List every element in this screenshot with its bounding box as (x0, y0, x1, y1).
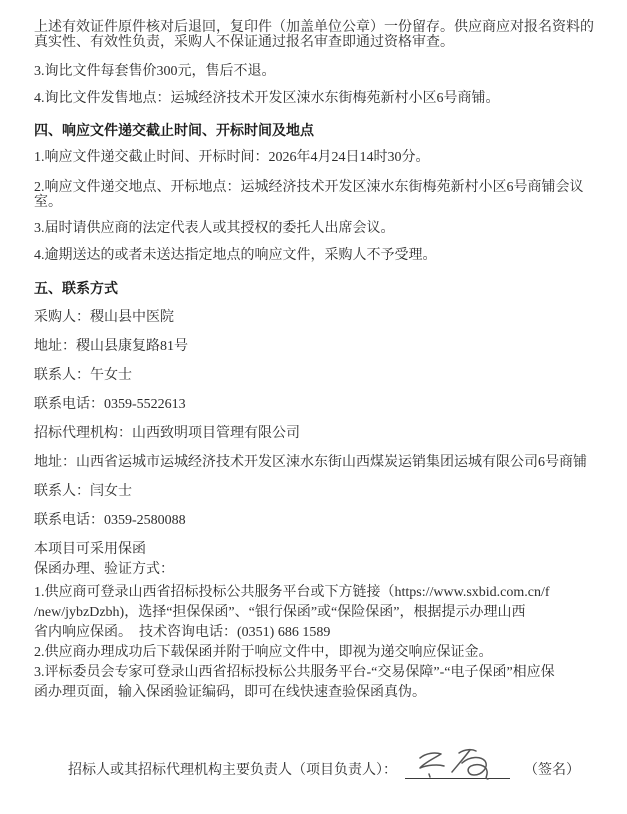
guarantee-line: /new/jybzDzbh)，选择“担保保函”、“银行保函”或“保险保函”，根据… (34, 603, 607, 623)
signature-suffix: （签名） (524, 761, 580, 781)
guarantee-instructions: 1.供应商可登录山西省招标投标公共服务平台或下方链接（https://www.s… (34, 583, 607, 703)
late-delivery-item: 4.逾期送达的或者未送达指定地点的响应文件，采购人不予受理。 (34, 248, 607, 263)
guarantee-line: 3.评标委员会专家可登录山西省招标投标公共服务平台-“交易保障”-“电子保函”相… (34, 663, 607, 683)
intro-paragraph: 上述有效证件原件核对后退回，复印件（加盖单位公章）一份留存。供应商应对报名资料的… (34, 20, 607, 50)
text-line: 室。 (34, 195, 607, 210)
attendance-item: 3.届时请供应商的法定代表人或其授权的委托人出席会议。 (34, 221, 607, 236)
text-line: 上述有效证件原件核对后退回，复印件（加盖单位公章）一份留存。供应商应对报名资料的 (34, 20, 607, 35)
doc-sale-location-item: 4.询比文件发售地点：运城经济技术开发区涑水东街梅苑新村小区6号商铺。 (34, 91, 607, 106)
signature-label: 招标人或其招标代理机构主要负责人（项目负责人）： (68, 761, 397, 781)
contact-row-agency-phone: 联系电话：0359-2580088 (34, 513, 607, 528)
guarantee-line: 函办理页面，输入保函验证编码，即可在线快速查验保函真伪。 (34, 683, 607, 703)
guarantee-line: 1.供应商可登录山西省招标投标公共服务平台或下方链接（https://www.s… (34, 583, 607, 603)
guarantee-line: 2.供应商办理成功后下载保函并附于响应文件中，即视为递交响应保证金。 (34, 643, 607, 663)
contact-row-phone: 联系电话：0359-5522613 (34, 397, 607, 412)
section-heading-contact: 五、联系方式 (34, 282, 607, 297)
text-line: 2.响应文件递交地点、开标地点：运城经济技术开发区涑水东街梅苑新村小区6号商铺会… (34, 180, 607, 195)
contact-row-agency-person: 联系人：闫女士 (34, 484, 607, 499)
contact-row-agency-address: 地址：山西省运城市运城经济技术开发区涑水东街山西煤炭运销集团运城有限公司6号商铺 (34, 455, 607, 470)
signature-handwriting (413, 744, 501, 782)
submission-deadline-item: 1.响应文件递交截止时间、开标时间：2026年4月24日14时30分。 (34, 150, 607, 165)
guarantee-line: 省内响应保函。 技术咨询电话：(0351) 686 1589 (34, 623, 607, 643)
contact-info-list: 采购人：稷山县中医院 地址：稷山县康复路81号 联系人：午女士 联系电话：035… (34, 310, 607, 528)
section-heading-submission: 四、响应文件递交截止时间、开标时间及地点 (34, 124, 607, 139)
doc-price-item: 3.询比文件每套售价300元，售后不退。 (34, 64, 607, 79)
contact-row-agency: 招标代理机构：山西致明项目管理有限公司 (34, 426, 607, 441)
guarantee-method-title: 保函办理、验证方式： (34, 562, 607, 577)
document-page: 上述有效证件原件核对后退回，复印件（加盖单位公章）一份留存。供应商应对报名资料的… (0, 0, 627, 814)
text-line: 真实性、有效性负责，采购人不保证通过报名审查即通过资格审查。 (34, 35, 607, 50)
submission-location-item: 2.响应文件递交地点、开标地点：运城经济技术开发区涑水东街梅苑新村小区6号商铺会… (34, 180, 607, 210)
guarantee-intro: 本项目可采用保函 (34, 542, 607, 557)
signature-row: 招标人或其招标代理机构主要负责人（项目负责人）： （签名） (68, 761, 607, 781)
contact-row-address: 地址：稷山县康复路81号 (34, 339, 607, 354)
signature-underline (405, 761, 510, 779)
contact-row-purchaser: 采购人：稷山县中医院 (34, 310, 607, 325)
contact-row-person: 联系人：午女士 (34, 368, 607, 383)
